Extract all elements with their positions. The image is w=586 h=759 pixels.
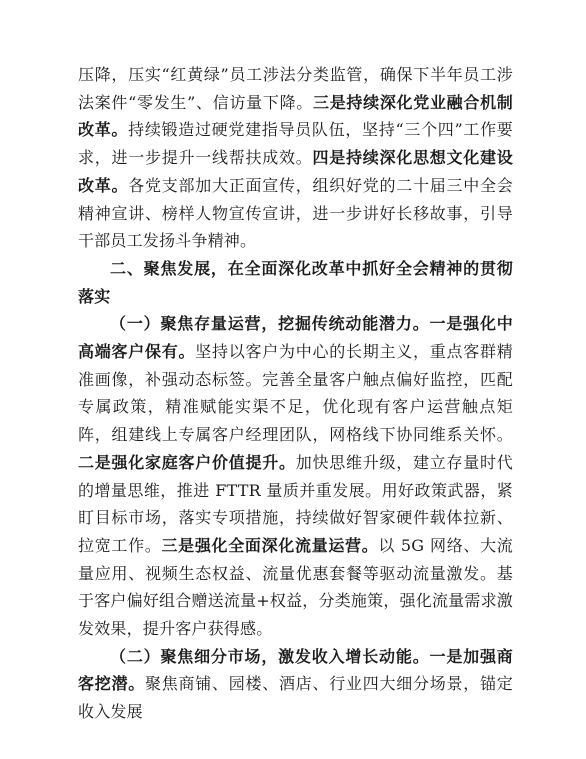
text-run: 二、聚焦发展，在全面深化改革中抓好全会精神的贯彻落实 [78,259,513,306]
document-page: 压降，压实“红黄绿”员工涉法分类监管，确保下半年员工涉法案件“零发生”、信访量下… [0,0,586,759]
text-run: 二是强化家庭客户价值提升。 [78,453,296,472]
text-run: （二）聚焦细分市场，激发收入增长动能。 [110,647,430,666]
text-run: （一）聚焦存量运营，挖掘传统动能潜力。 [110,314,430,333]
paragraph: （二）聚焦细分市场，激发收入增长动能。一是加强商客挖潜。聚焦商铺、园楼、酒店、行… [78,643,513,726]
text-run: 各党支部加大正面宣传，组织好党的二十届三中全会精神宣讲、榜样人物宣传宣讲，进一步… [78,176,513,250]
paragraph: 压降，压实“红黄绿”员工涉法分类监管，确保下半年员工涉法案件“零发生”、信访量下… [78,61,513,255]
document-body: 压降，压实“红黄绿”员工涉法分类监管，确保下半年员工涉法案件“零发生”、信访量下… [78,61,513,726]
text-run: 三是强化全面深化流量运营。 [161,536,378,555]
paragraph: （一）聚焦存量运营，挖掘传统动能潜力。一是强化中高端客户保有。坚持以客户为中心的… [78,310,513,642]
document-screenshot: { "page": { "background_color": "#ffffff… [0,0,586,759]
section-heading: 二、聚焦发展，在全面深化改革中抓好全会精神的贯彻落实 [78,255,513,310]
